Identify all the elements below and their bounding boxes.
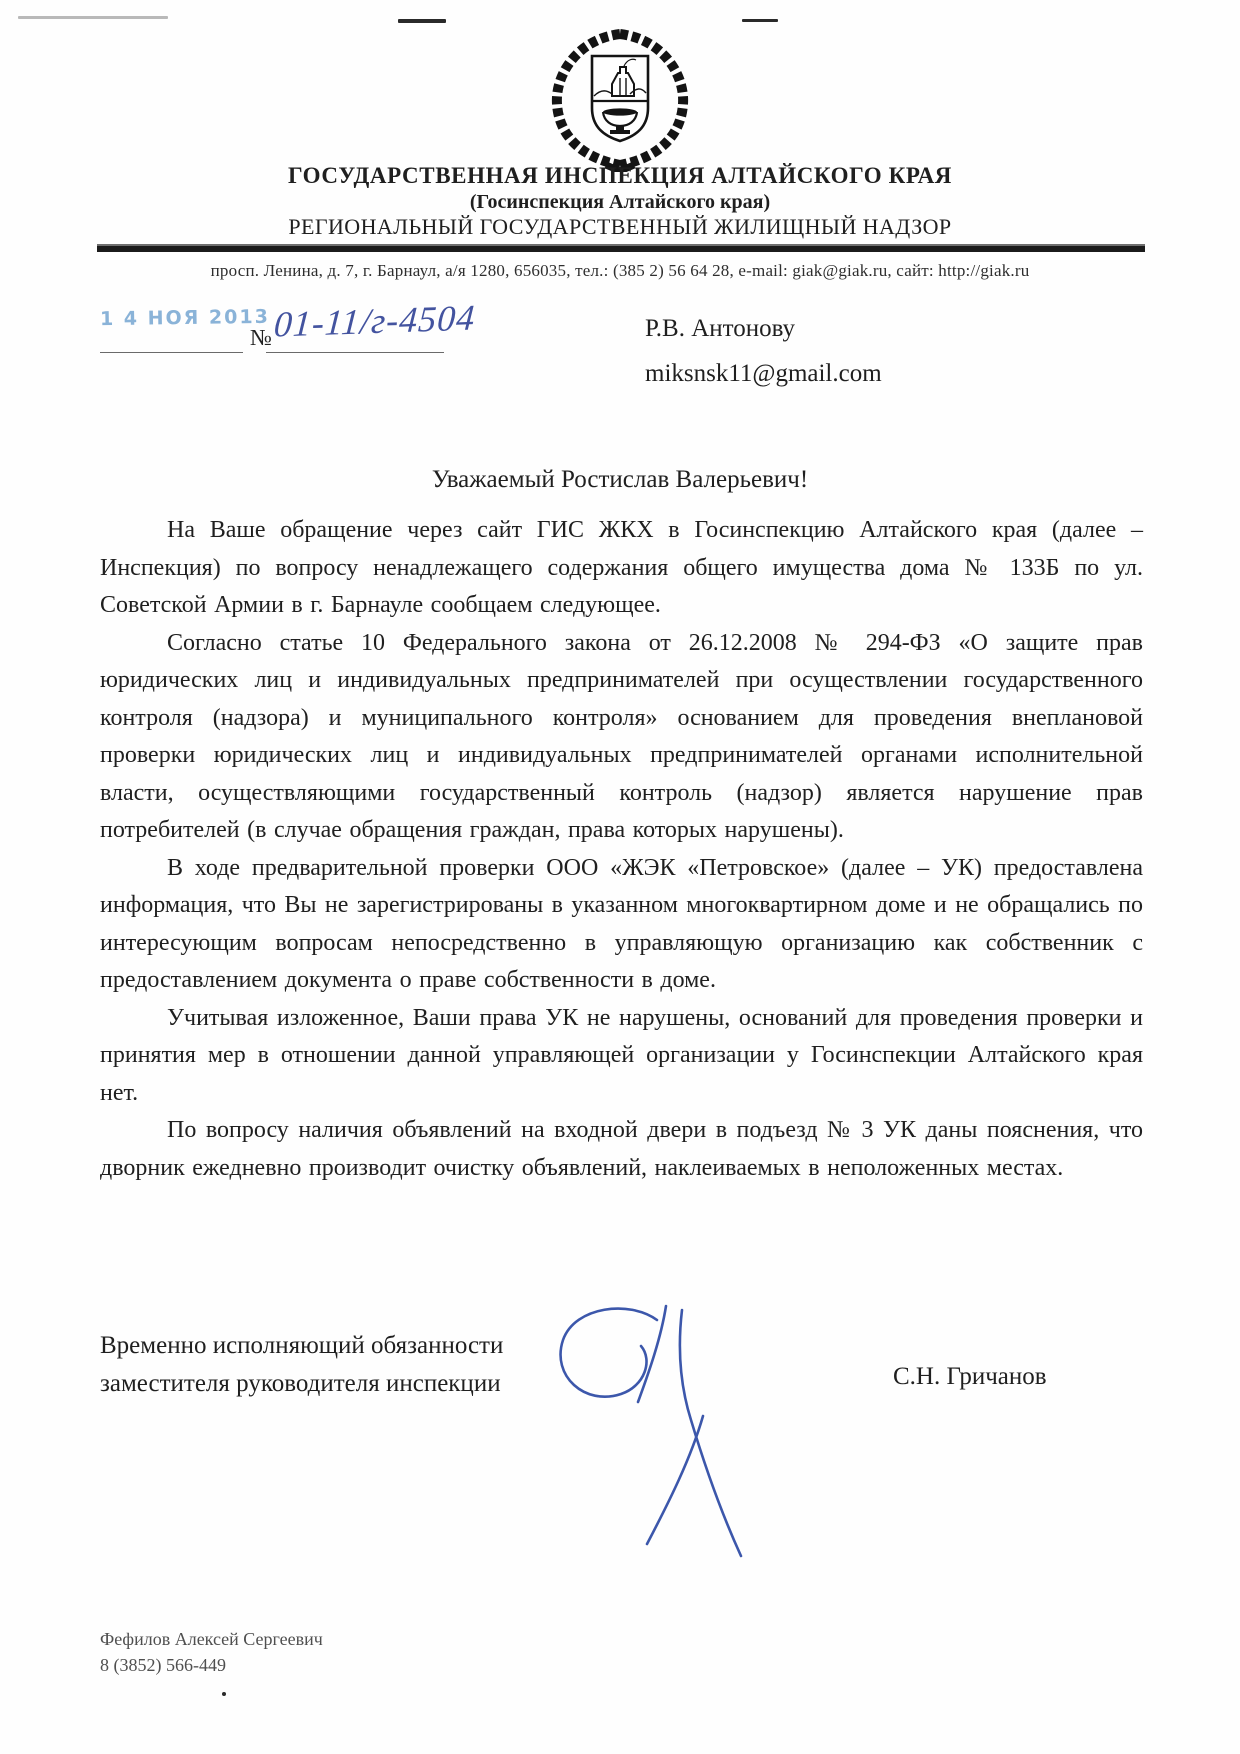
recipient-name: Р.В. Антонову — [645, 315, 795, 343]
executor-name: Фефилов Алексей Сергеевич — [100, 1626, 323, 1652]
signer-name: С.Н. Гричанов — [893, 1363, 1047, 1391]
scan-artifact — [18, 16, 168, 19]
org-contact-line: просп. Ленина, д. 7, г. Барнаул, а/я 128… — [0, 261, 1240, 281]
body-paragraph: На Ваше обращение через сайт ГИС ЖКХ в Г… — [100, 512, 1143, 625]
body-paragraph: Согласно статье 10 Федерального закона о… — [100, 625, 1143, 850]
body-paragraph: Учитывая изложенное, Ваши права УК не на… — [100, 1000, 1143, 1113]
signer-position-line1: Временно исполняющий обязанности — [100, 1327, 503, 1365]
salutation: Уважаемый Ростислав Валерьевич! — [0, 466, 1240, 494]
letterhead-divider — [97, 244, 1145, 252]
body-paragraph: По вопросу наличия объявлений на входной… — [100, 1112, 1143, 1187]
scan-artifact — [222, 1692, 226, 1696]
scan-artifact — [398, 19, 446, 23]
executor-phone: 8 (3852) 566-449 — [100, 1652, 323, 1678]
number-blank-line — [266, 352, 444, 353]
date-stamp: 1 4 НОЯ 2013 — [100, 306, 270, 330]
org-name: ГОСУДАРСТВЕННАЯ ИНСПЕКЦИЯ АЛТАЙСКОГО КРА… — [0, 163, 1240, 189]
number-sign: № — [250, 325, 272, 351]
scan-artifact — [742, 19, 778, 22]
executor-block: Фефилов Алексей Сергеевич 8 (3852) 566-4… — [100, 1626, 323, 1678]
org-subtitle: РЕГИОНАЛЬНЫЙ ГОСУДАРСТВЕННЫЙ ЖИЛИЩНЫЙ НА… — [0, 214, 1240, 240]
recipient-email: miksnsk11@gmail.com — [645, 360, 882, 388]
letter-body: На Ваше обращение через сайт ГИС ЖКХ в Г… — [100, 512, 1143, 1187]
signer-position: Временно исполняющий обязанности замести… — [100, 1327, 503, 1403]
altai-krai-coat-of-arms-icon — [536, 26, 704, 177]
body-paragraph: В ходе предварительной проверки ООО «ЖЭК… — [100, 850, 1143, 1000]
handwritten-signature-icon — [545, 1298, 765, 1573]
handwritten-outgoing-number: 01-11/г-4504 — [273, 296, 477, 345]
org-short-name: (Госинспекция Алтайского края) — [0, 191, 1240, 214]
signer-position-line2: заместителя руководителя инспекции — [100, 1365, 503, 1403]
date-blank-line — [100, 352, 243, 353]
scanned-letter-page: ГОСУДАРСТВЕННАЯ ИНСПЕКЦИЯ АЛТАЙСКОГО КРА… — [0, 0, 1240, 1754]
